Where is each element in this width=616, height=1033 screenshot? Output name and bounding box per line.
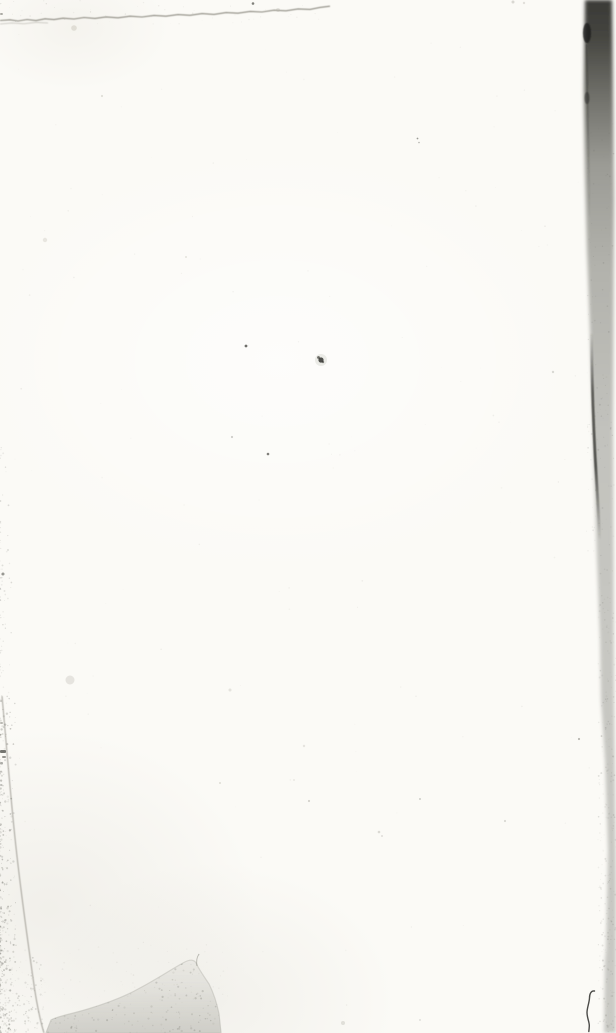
stain-tip-line [197,954,199,966]
bottom-stain [46,954,221,1033]
left-crease-line [2,696,44,1033]
gutter-dark-blob [583,23,591,43]
hair-fiber-mark [587,991,595,1032]
speckle-layer [0,0,616,1033]
ink-specks [2,1,581,1026]
scanned-page [0,0,616,1033]
scan-artifacts-layer [0,0,616,1033]
speckle-paper-dust [11,14,590,1015]
gutter-shadow [583,0,616,1033]
speckle-bottom-left-corner [0,949,46,1033]
top-edge-crease [0,6,330,24]
speckle-top-edge-fuzz [0,0,319,24]
